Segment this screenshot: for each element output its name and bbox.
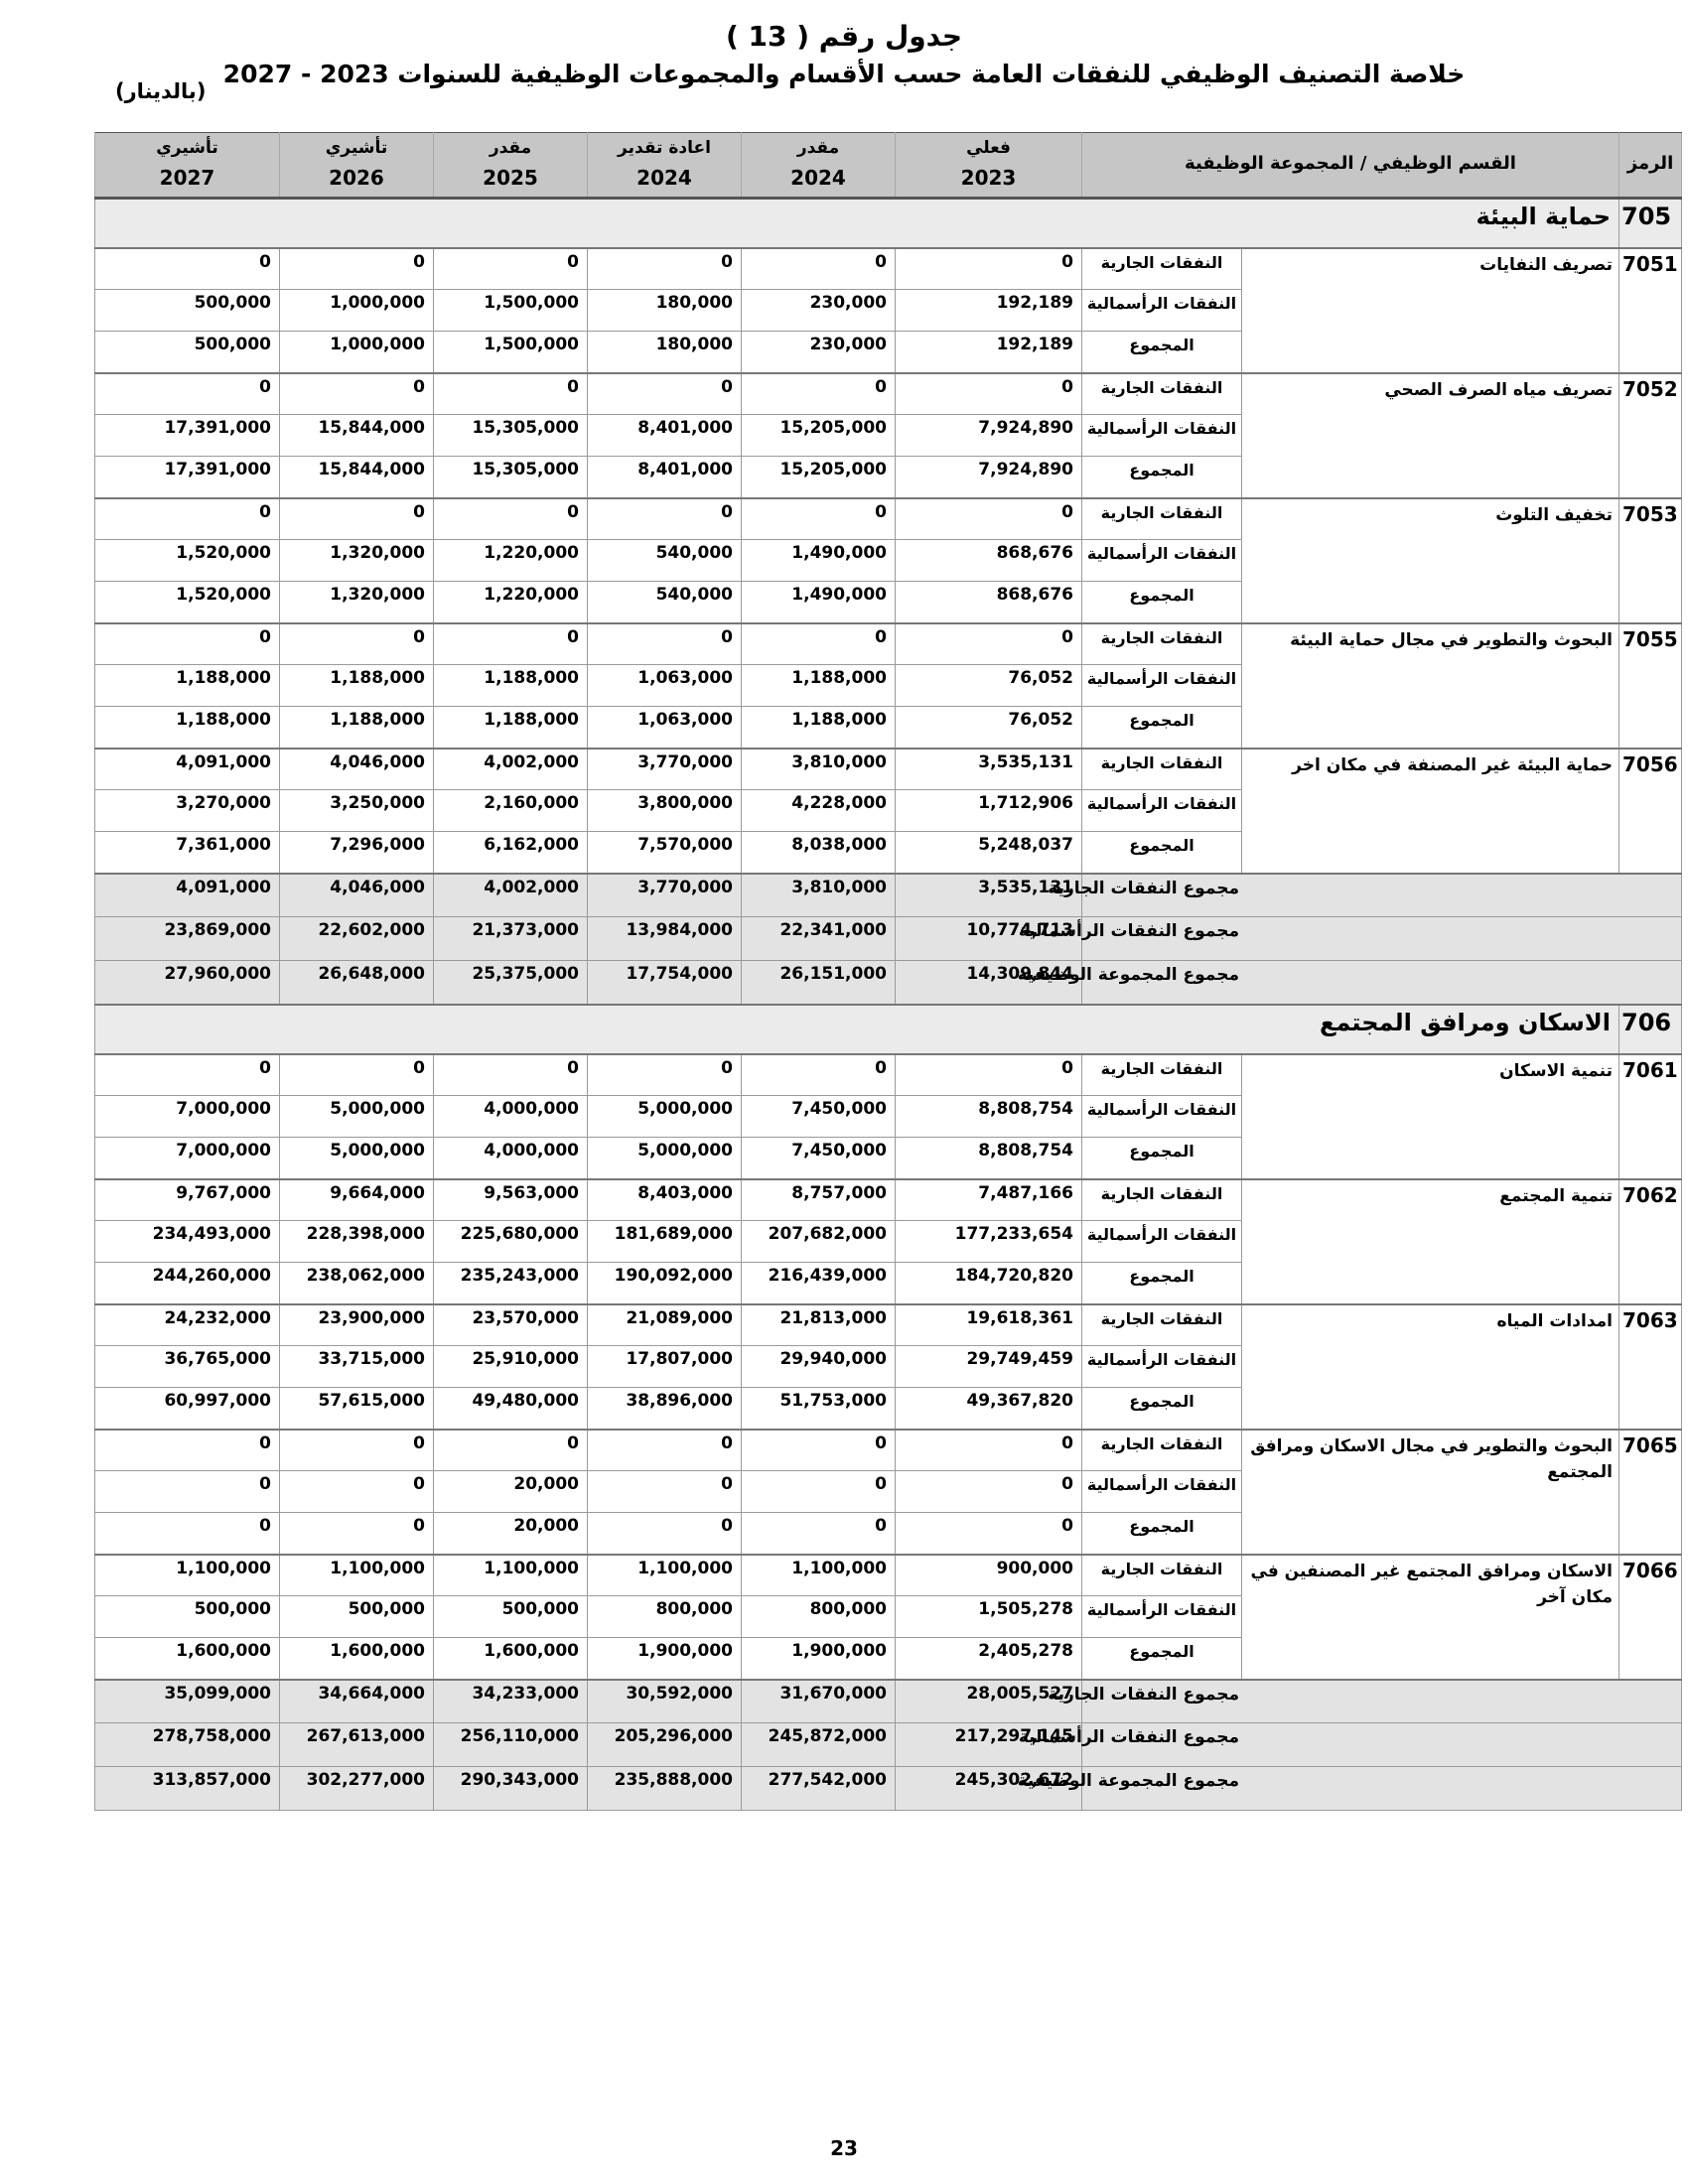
section-name: الاسكان ومرافق المجتمع	[95, 1005, 1619, 1054]
value-cell: 76,052	[896, 665, 1082, 707]
group-code: 7052	[1619, 373, 1682, 498]
totals-value-cell: 31,670,000	[742, 1680, 896, 1723]
value-cell: 38,896,000	[588, 1388, 742, 1430]
group-code: 7055	[1619, 623, 1682, 749]
value-cell: 0	[95, 1430, 280, 1471]
group-code: 7066	[1619, 1555, 1682, 1680]
totals-value-cell: 245,872,000	[742, 1723, 896, 1767]
page-number: 23	[0, 2136, 1688, 2160]
value-cell: 181,689,000	[588, 1221, 742, 1263]
value-cell: 1,600,000	[280, 1638, 434, 1680]
value-cell: 5,000,000	[280, 1138, 434, 1179]
totals-value-cell: 26,648,000	[280, 961, 434, 1005]
page-title: خلاصة التصنيف الوظيفي للنفقات العامة حسب…	[0, 60, 1688, 88]
value-cell: 1,500,000	[434, 290, 588, 332]
value-cell: 0	[588, 1430, 742, 1471]
value-cell: 230,000	[742, 290, 896, 332]
totals-value-cell: 13,984,000	[588, 917, 742, 961]
value-cell: 4,091,000	[95, 749, 280, 790]
row-type-label: النفقات الجارية	[1082, 1304, 1242, 1346]
value-cell: 1,000,000	[280, 290, 434, 332]
value-cell: 0	[742, 1430, 896, 1471]
value-cell: 0	[280, 1471, 434, 1513]
totals-value-cell: 302,277,000	[280, 1767, 434, 1811]
totals-value-cell: 26,151,000	[742, 961, 896, 1005]
value-cell: 7,450,000	[742, 1096, 896, 1138]
value-cell: 800,000	[588, 1596, 742, 1638]
value-cell: 2,160,000	[434, 790, 588, 832]
value-cell: 3,535,131	[896, 749, 1082, 790]
totals-value-cell: 14,309,844	[896, 961, 1082, 1005]
group-code: 7062	[1619, 1179, 1682, 1304]
value-cell: 180,000	[588, 332, 742, 373]
table-header-row: الرمز القسم الوظيفي / المجموعة الوظيفية …	[95, 133, 1682, 199]
table-number-title: جدول رقم ( 13 )	[0, 20, 1688, 53]
value-cell: 9,767,000	[95, 1179, 280, 1221]
value-cell: 57,615,000	[280, 1388, 434, 1430]
value-cell: 1,600,000	[95, 1638, 280, 1680]
value-cell: 500,000	[434, 1596, 588, 1638]
value-cell: 1,188,000	[434, 665, 588, 707]
totals-label: مجموع المجموعة الوظيفية	[1082, 961, 1682, 1005]
value-cell: 0	[896, 1471, 1082, 1513]
value-cell: 207,682,000	[742, 1221, 896, 1263]
totals-row: مجموع المجموعة الوظيفية14,309,84426,151,…	[95, 961, 1682, 1005]
value-cell: 0	[742, 498, 896, 540]
header-year-2027: تأشيري2027	[95, 133, 280, 199]
value-cell: 0	[434, 498, 588, 540]
value-cell: 8,401,000	[588, 415, 742, 457]
row-type-label: النفقات الرأسمالية	[1082, 1346, 1242, 1388]
row-type-label: المجموع	[1082, 707, 1242, 749]
value-cell: 24,232,000	[95, 1304, 280, 1346]
value-cell: 0	[588, 498, 742, 540]
value-cell: 0	[588, 1513, 742, 1555]
group-code: 7063	[1619, 1304, 1682, 1430]
row-type-label: النفقات الرأسمالية	[1082, 1596, 1242, 1638]
row-type-label: النفقات الجارية	[1082, 1555, 1242, 1596]
value-cell: 15,305,000	[434, 457, 588, 498]
value-cell: 17,807,000	[588, 1346, 742, 1388]
value-cell: 0	[896, 248, 1082, 290]
row-type-label: النفقات الرأسمالية	[1082, 1096, 1242, 1138]
value-cell: 5,000,000	[588, 1096, 742, 1138]
group-name: تخفيف التلوث	[1242, 498, 1619, 623]
value-cell: 49,367,820	[896, 1388, 1082, 1430]
value-cell: 7,924,890	[896, 415, 1082, 457]
value-cell: 3,270,000	[95, 790, 280, 832]
value-cell: 5,000,000	[280, 1096, 434, 1138]
value-cell: 0	[434, 1054, 588, 1096]
totals-value-cell: 277,542,000	[742, 1767, 896, 1811]
totals-label: مجموع المجموعة الوظيفية	[1082, 1767, 1682, 1811]
value-cell: 15,205,000	[742, 415, 896, 457]
value-cell: 23,570,000	[434, 1304, 588, 1346]
value-cell: 7,000,000	[95, 1138, 280, 1179]
value-cell: 29,749,459	[896, 1346, 1082, 1388]
totals-value-cell: 22,341,000	[742, 917, 896, 961]
value-cell: 1,100,000	[95, 1555, 280, 1596]
value-cell: 7,570,000	[588, 832, 742, 874]
totals-value-cell: 4,002,000	[434, 874, 588, 917]
group-code: 7065	[1619, 1430, 1682, 1555]
totals-label: مجموع النفقات الرأسمالية	[1082, 1723, 1682, 1767]
group-name: الاسكان ومرافق المجتمع غير المصنفين في م…	[1242, 1555, 1619, 1680]
value-cell: 1,188,000	[95, 707, 280, 749]
value-cell: 7,924,890	[896, 457, 1082, 498]
value-cell: 0	[742, 1054, 896, 1096]
section-header-row: 706الاسكان ومرافق المجتمع	[95, 1005, 1682, 1054]
value-cell: 0	[896, 1513, 1082, 1555]
value-cell: 0	[588, 1054, 742, 1096]
section-code: 705	[1619, 199, 1682, 248]
row-type-label: النفقات الرأسمالية	[1082, 1221, 1242, 1263]
row-type-label: النفقات الرأسمالية	[1082, 415, 1242, 457]
value-cell: 8,401,000	[588, 457, 742, 498]
value-cell: 244,260,000	[95, 1263, 280, 1304]
value-cell: 0	[588, 248, 742, 290]
row-type-label: النفقات الجارية	[1082, 1054, 1242, 1096]
group-name: تنمية المجتمع	[1242, 1179, 1619, 1304]
value-cell: 7,487,166	[896, 1179, 1082, 1221]
value-cell: 4,046,000	[280, 749, 434, 790]
row-type-label: المجموع	[1082, 582, 1242, 623]
value-cell: 1,063,000	[588, 707, 742, 749]
value-cell: 8,808,754	[896, 1138, 1082, 1179]
totals-row: مجموع النفقات الجارية3,535,1313,810,0003…	[95, 874, 1682, 917]
group-name: تصريف مياه الصرف الصحي	[1242, 373, 1619, 498]
value-cell: 9,664,000	[280, 1179, 434, 1221]
document-page: { "page": { "title_line1": "جدول رقم ( 1…	[0, 0, 1688, 2184]
header-year-2023: فعلي2023	[896, 133, 1082, 199]
value-cell: 1,490,000	[742, 540, 896, 582]
value-cell: 2,405,278	[896, 1638, 1082, 1680]
value-cell: 0	[95, 498, 280, 540]
value-cell: 25,910,000	[434, 1346, 588, 1388]
totals-value-cell: 245,302,672	[896, 1767, 1082, 1811]
totals-value-cell: 3,770,000	[588, 874, 742, 917]
row-type-label: النفقات الجارية	[1082, 373, 1242, 415]
section-code: 706	[1619, 1005, 1682, 1054]
value-cell: 7,296,000	[280, 832, 434, 874]
group-name: البحوث والتطوير في مجال حماية البيئة	[1242, 623, 1619, 749]
value-cell: 0	[896, 498, 1082, 540]
group-row: 7055البحوث والتطوير في مجال حماية البيئة…	[95, 623, 1682, 665]
header-section: القسم الوظيفي / المجموعة الوظيفية	[1082, 133, 1619, 199]
value-cell: 3,810,000	[742, 749, 896, 790]
value-cell: 49,480,000	[434, 1388, 588, 1430]
value-cell: 15,205,000	[742, 457, 896, 498]
value-cell: 0	[742, 248, 896, 290]
value-cell: 216,439,000	[742, 1263, 896, 1304]
row-type-label: المجموع	[1082, 457, 1242, 498]
value-cell: 4,002,000	[434, 749, 588, 790]
value-cell: 20,000	[434, 1471, 588, 1513]
totals-value-cell: 30,592,000	[588, 1680, 742, 1723]
group-code: 7061	[1619, 1054, 1682, 1179]
value-cell: 0	[742, 1513, 896, 1555]
value-cell: 17,391,000	[95, 415, 280, 457]
totals-value-cell: 21,373,000	[434, 917, 588, 961]
value-cell: 15,305,000	[434, 415, 588, 457]
value-cell: 9,563,000	[434, 1179, 588, 1221]
totals-value-cell: 3,810,000	[742, 874, 896, 917]
row-type-label: النفقات الجارية	[1082, 498, 1242, 540]
value-cell: 238,062,000	[280, 1263, 434, 1304]
value-cell: 0	[434, 1430, 588, 1471]
value-cell: 1,188,000	[280, 707, 434, 749]
totals-row: مجموع النفقات الجارية28,005,52731,670,00…	[95, 1680, 1682, 1723]
value-cell: 800,000	[742, 1596, 896, 1638]
value-cell: 21,089,000	[588, 1304, 742, 1346]
header-year-2026: تأشيري2026	[280, 133, 434, 199]
group-row: 7066الاسكان ومرافق المجتمع غير المصنفين …	[95, 1555, 1682, 1596]
header-year-2024-re: اعادة تقدير2024	[588, 133, 742, 199]
group-code: 7053	[1619, 498, 1682, 623]
totals-row: مجموع المجموعة الوظيفية245,302,672277,54…	[95, 1767, 1682, 1811]
value-cell: 5,248,037	[896, 832, 1082, 874]
value-cell: 0	[280, 498, 434, 540]
totals-value-cell: 217,297,145	[896, 1723, 1082, 1767]
value-cell: 7,000,000	[95, 1096, 280, 1138]
row-type-label: المجموع	[1082, 1638, 1242, 1680]
value-cell: 1,320,000	[280, 540, 434, 582]
totals-label: مجموع النفقات الرأسمالية	[1082, 917, 1682, 961]
value-cell: 1,100,000	[742, 1555, 896, 1596]
value-cell: 0	[434, 248, 588, 290]
value-cell: 60,997,000	[95, 1388, 280, 1430]
value-cell: 1,100,000	[434, 1555, 588, 1596]
row-type-label: المجموع	[1082, 332, 1242, 373]
value-cell: 8,403,000	[588, 1179, 742, 1221]
group-row: 7056حماية البيئة غير المصنفة في مكان اخر…	[95, 749, 1682, 790]
row-type-label: النفقات الرأسمالية	[1082, 290, 1242, 332]
group-name: حماية البيئة غير المصنفة في مكان اخر	[1242, 749, 1619, 874]
value-cell: 184,720,820	[896, 1263, 1082, 1304]
value-cell: 7,361,000	[95, 832, 280, 874]
row-type-label: النفقات الجارية	[1082, 749, 1242, 790]
group-row: 7065البحوث والتطوير في مجال الاسكان ومرا…	[95, 1430, 1682, 1471]
totals-value-cell: 27,960,000	[95, 961, 280, 1005]
value-cell: 76,052	[896, 707, 1082, 749]
value-cell: 6,162,000	[434, 832, 588, 874]
value-cell: 3,800,000	[588, 790, 742, 832]
value-cell: 0	[95, 1054, 280, 1096]
totals-value-cell: 10,774,713	[896, 917, 1082, 961]
group-code: 7056	[1619, 749, 1682, 874]
value-cell: 0	[742, 373, 896, 415]
row-type-label: النفقات الرأسمالية	[1082, 1471, 1242, 1513]
row-type-label: النفقات الجارية	[1082, 623, 1242, 665]
value-cell: 4,000,000	[434, 1138, 588, 1179]
totals-value-cell: 17,754,000	[588, 961, 742, 1005]
group-row: 7061تنمية الاسكانالنفقات الجارية000000	[95, 1054, 1682, 1096]
value-cell: 5,000,000	[588, 1138, 742, 1179]
totals-value-cell: 205,296,000	[588, 1723, 742, 1767]
row-type-label: المجموع	[1082, 1388, 1242, 1430]
value-cell: 0	[896, 623, 1082, 665]
value-cell: 1,900,000	[588, 1638, 742, 1680]
totals-label: مجموع النفقات الجارية	[1082, 1680, 1682, 1723]
value-cell: 1,063,000	[588, 665, 742, 707]
totals-value-cell: 28,005,527	[896, 1680, 1082, 1723]
row-type-label: النفقات الجارية	[1082, 248, 1242, 290]
value-cell: 180,000	[588, 290, 742, 332]
totals-value-cell: 4,046,000	[280, 874, 434, 917]
totals-row: مجموع النفقات الرأسمالية10,774,71322,341…	[95, 917, 1682, 961]
totals-value-cell: 4,091,000	[95, 874, 280, 917]
value-cell: 29,940,000	[742, 1346, 896, 1388]
group-row: 7063امدادات المياهالنفقات الجارية19,618,…	[95, 1304, 1682, 1346]
totals-value-cell: 34,233,000	[434, 1680, 588, 1723]
currency-note: (بالدينار)	[115, 79, 206, 103]
value-cell: 1,188,000	[280, 665, 434, 707]
value-cell: 0	[742, 1471, 896, 1513]
header-year-2024-est: مقدر2024	[742, 133, 896, 199]
section-name: حماية البيئة	[95, 199, 1619, 248]
value-cell: 0	[434, 623, 588, 665]
value-cell: 1,520,000	[95, 540, 280, 582]
value-cell: 500,000	[280, 1596, 434, 1638]
value-cell: 15,844,000	[280, 457, 434, 498]
row-type-label: المجموع	[1082, 832, 1242, 874]
value-cell: 1,900,000	[742, 1638, 896, 1680]
totals-label: مجموع النفقات الجارية	[1082, 874, 1682, 917]
value-cell: 500,000	[95, 1596, 280, 1638]
value-cell: 1,220,000	[434, 582, 588, 623]
totals-value-cell: 256,110,000	[434, 1723, 588, 1767]
group-row: 7062تنمية المجتمعالنفقات الجارية7,487,16…	[95, 1179, 1682, 1221]
row-type-label: النفقات الرأسمالية	[1082, 665, 1242, 707]
value-cell: 500,000	[95, 290, 280, 332]
value-cell: 8,038,000	[742, 832, 896, 874]
value-cell: 0	[280, 1513, 434, 1555]
totals-value-cell: 3,535,131	[896, 874, 1082, 917]
row-type-label: النفقات الرأسمالية	[1082, 540, 1242, 582]
value-cell: 0	[588, 1471, 742, 1513]
row-type-label: النفقات الرأسمالية	[1082, 790, 1242, 832]
group-code: 7051	[1619, 248, 1682, 373]
totals-value-cell: 34,664,000	[280, 1680, 434, 1723]
value-cell: 228,398,000	[280, 1221, 434, 1263]
value-cell: 1,712,906	[896, 790, 1082, 832]
value-cell: 1,188,000	[95, 665, 280, 707]
budget-table: الرمز القسم الوظيفي / المجموعة الوظيفية …	[94, 132, 1682, 1811]
value-cell: 0	[280, 248, 434, 290]
value-cell: 0	[588, 373, 742, 415]
value-cell: 0	[588, 623, 742, 665]
value-cell: 868,676	[896, 540, 1082, 582]
value-cell: 900,000	[896, 1555, 1082, 1596]
value-cell: 1,320,000	[280, 582, 434, 623]
group-name: امدادات المياه	[1242, 1304, 1619, 1430]
value-cell: 0	[280, 373, 434, 415]
section-header-row: 705حماية البيئة	[95, 199, 1682, 248]
value-cell: 192,189	[896, 290, 1082, 332]
value-cell: 33,715,000	[280, 1346, 434, 1388]
value-cell: 3,770,000	[588, 749, 742, 790]
totals-value-cell: 23,869,000	[95, 917, 280, 961]
value-cell: 177,233,654	[896, 1221, 1082, 1263]
group-row: 7052تصريف مياه الصرف الصحيالنفقات الجاري…	[95, 373, 1682, 415]
value-cell: 0	[95, 1513, 280, 1555]
value-cell: 1,188,000	[742, 707, 896, 749]
budget-table-body: 705حماية البيئة7051تصريف النفاياتالنفقات…	[95, 199, 1682, 1811]
row-type-label: المجموع	[1082, 1138, 1242, 1179]
value-cell: 0	[742, 623, 896, 665]
value-cell: 8,757,000	[742, 1179, 896, 1221]
group-name: تصريف النفايات	[1242, 248, 1619, 373]
value-cell: 15,844,000	[280, 415, 434, 457]
value-cell: 1,490,000	[742, 582, 896, 623]
value-cell: 0	[280, 623, 434, 665]
value-cell: 1,500,000	[434, 332, 588, 373]
value-cell: 19,618,361	[896, 1304, 1082, 1346]
value-cell: 0	[434, 373, 588, 415]
value-cell: 0	[95, 1471, 280, 1513]
header-code: الرمز	[1619, 133, 1682, 199]
value-cell: 1,505,278	[896, 1596, 1082, 1638]
value-cell: 4,228,000	[742, 790, 896, 832]
group-name: البحوث والتطوير في مجال الاسكان ومرافق ا…	[1242, 1430, 1619, 1555]
group-name: تنمية الاسكان	[1242, 1054, 1619, 1179]
value-cell: 0	[280, 1430, 434, 1471]
totals-value-cell: 25,375,000	[434, 961, 588, 1005]
value-cell: 20,000	[434, 1513, 588, 1555]
group-row: 7051تصريف النفاياتالنفقات الجارية000000	[95, 248, 1682, 290]
row-type-label: المجموع	[1082, 1263, 1242, 1304]
value-cell: 8,808,754	[896, 1096, 1082, 1138]
value-cell: 500,000	[95, 332, 280, 373]
value-cell: 0	[896, 1054, 1082, 1096]
totals-row: مجموع النفقات الرأسمالية217,297,145245,8…	[95, 1723, 1682, 1767]
value-cell: 1,188,000	[742, 665, 896, 707]
value-cell: 1,100,000	[588, 1555, 742, 1596]
value-cell: 0	[280, 1054, 434, 1096]
value-cell: 234,493,000	[95, 1221, 280, 1263]
value-cell: 190,092,000	[588, 1263, 742, 1304]
value-cell: 1,100,000	[280, 1555, 434, 1596]
totals-value-cell: 290,343,000	[434, 1767, 588, 1811]
totals-value-cell: 22,602,000	[280, 917, 434, 961]
value-cell: 17,391,000	[95, 457, 280, 498]
value-cell: 1,600,000	[434, 1638, 588, 1680]
value-cell: 1,220,000	[434, 540, 588, 582]
totals-value-cell: 278,758,000	[95, 1723, 280, 1767]
totals-value-cell: 235,888,000	[588, 1767, 742, 1811]
value-cell: 0	[95, 623, 280, 665]
header-year-2025: مقدر2025	[434, 133, 588, 199]
value-cell: 225,680,000	[434, 1221, 588, 1263]
value-cell: 540,000	[588, 540, 742, 582]
value-cell: 0	[896, 1430, 1082, 1471]
row-type-label: المجموع	[1082, 1513, 1242, 1555]
value-cell: 51,753,000	[742, 1388, 896, 1430]
value-cell: 7,450,000	[742, 1138, 896, 1179]
row-type-label: النفقات الجارية	[1082, 1179, 1242, 1221]
group-row: 7053تخفيف التلوثالنفقات الجارية000000	[95, 498, 1682, 540]
row-type-label: النفقات الجارية	[1082, 1430, 1242, 1471]
totals-value-cell: 267,613,000	[280, 1723, 434, 1767]
value-cell: 23,900,000	[280, 1304, 434, 1346]
value-cell: 1,520,000	[95, 582, 280, 623]
value-cell: 0	[896, 373, 1082, 415]
value-cell: 192,189	[896, 332, 1082, 373]
totals-value-cell: 313,857,000	[95, 1767, 280, 1811]
value-cell: 235,243,000	[434, 1263, 588, 1304]
value-cell: 868,676	[896, 582, 1082, 623]
value-cell: 1,000,000	[280, 332, 434, 373]
